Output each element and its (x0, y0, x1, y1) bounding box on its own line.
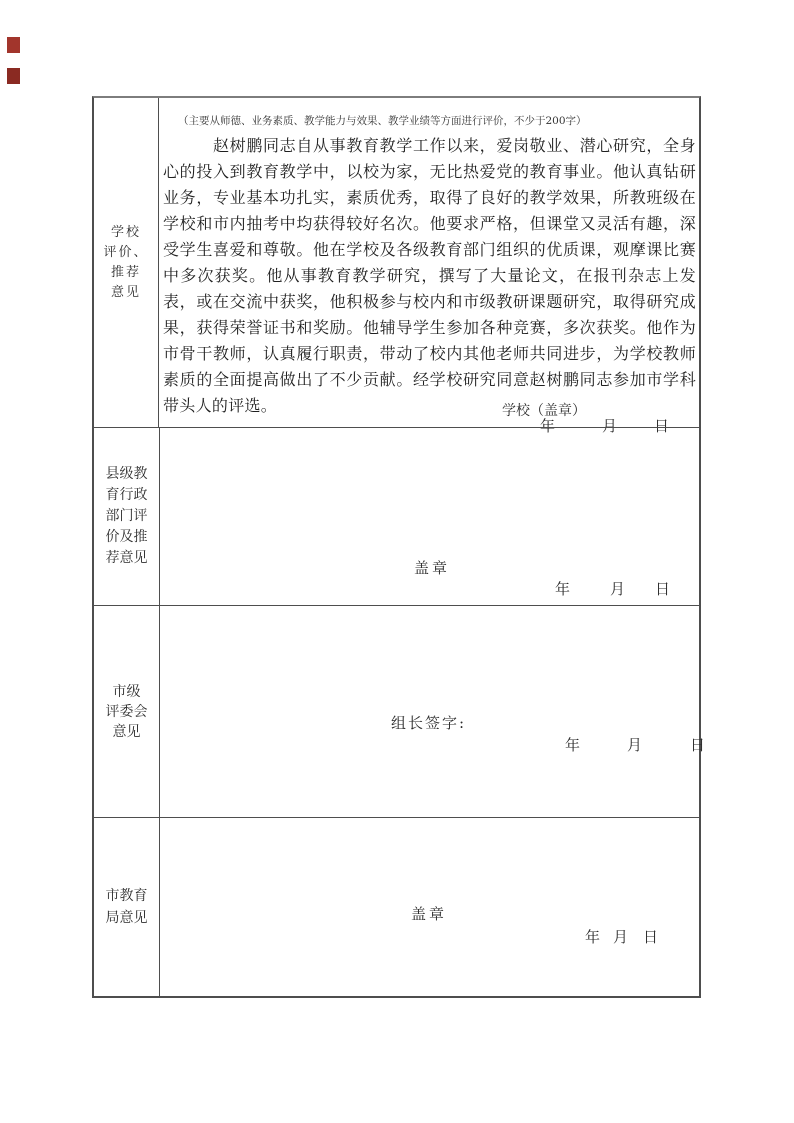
month-label: 月 (627, 734, 642, 755)
label-municipal-bureau: 市教育 局意见 (94, 818, 160, 996)
leader-signature-label: 组长签字: (391, 712, 466, 733)
row-school-evaluation: 学校 评价、 推荐 意见 （主要从师德、业务素质、教学能力与效果、教学业绩等方面… (94, 98, 699, 427)
cell-school-evaluation: （主要从师德、业务素质、教学能力与效果、教学业绩等方面进行评价，不少于200字）… (159, 98, 699, 427)
day-label: 日 (643, 926, 658, 947)
evaluation-form-table: 学校 评价、 推荐 意见 （主要从师德、业务素质、教学能力与效果、教学业绩等方面… (92, 96, 701, 998)
day-label: 日 (690, 734, 705, 755)
label-line: 推荐 (111, 263, 141, 283)
cell-municipal-committee: 组长签字: 年 月 日 (160, 606, 699, 817)
row-municipal-committee: 市级 评委会 意见 组长签字: 年 月 日 (94, 605, 699, 817)
evaluation-body-text: 赵树鹏同志自从事教育教学工作以来，爱岗敬业、潜心研究，全身心的投入到教育教学中，… (163, 133, 696, 419)
label-school-evaluation: 学校 评价、 推荐 意见 (94, 98, 159, 427)
label-line: 市级 (113, 682, 141, 702)
label-municipal-committee: 市级 评委会 意见 (94, 606, 160, 817)
evaluation-hint: （主要从师德、业务素质、教学能力与效果、教学业绩等方面进行评价，不少于200字） (159, 98, 699, 128)
label-line: 意见 (113, 722, 141, 742)
label-line: 市教育 (106, 885, 148, 907)
year-label: 年 (565, 734, 580, 755)
label-line: 县级教 (106, 464, 148, 485)
label-line: 局意见 (106, 907, 148, 929)
label-line: 部门评 (106, 506, 148, 527)
label-line: 价及推 (106, 527, 148, 548)
red-mark-icon (7, 68, 20, 84)
label-line: 荐意见 (106, 548, 148, 569)
seal-label: 盖章 (414, 557, 450, 578)
cell-county-department: 盖章 年 月 日 (160, 428, 699, 605)
label-line: 评委会 (106, 702, 148, 722)
label-line: 育行政 (106, 485, 148, 506)
cell-municipal-bureau: 盖章 年 月 日 (160, 818, 699, 996)
year-label: 年 (555, 578, 570, 599)
red-mark-icon (7, 37, 20, 53)
form-page: 学校 评价、 推荐 意见 （主要从师德、业务素质、教学能力与效果、教学业绩等方面… (0, 0, 794, 1123)
label-line: 评价、 (103, 243, 148, 263)
row-municipal-bureau: 市教育 局意见 盖章 年 月 日 (94, 817, 699, 996)
label-line: 学校 (111, 223, 141, 243)
row-county-department: 县级教 育行政 部门评 价及推 荐意见 盖章 年 月 日 (94, 427, 699, 605)
day-label: 日 (655, 578, 670, 599)
month-label: 月 (613, 926, 628, 947)
seal-label: 盖章 (411, 903, 447, 924)
year-label: 年 (585, 926, 600, 947)
month-label: 月 (610, 578, 625, 599)
label-line: 意见 (111, 283, 141, 303)
label-county-department: 县级教 育行政 部门评 价及推 荐意见 (94, 428, 160, 605)
